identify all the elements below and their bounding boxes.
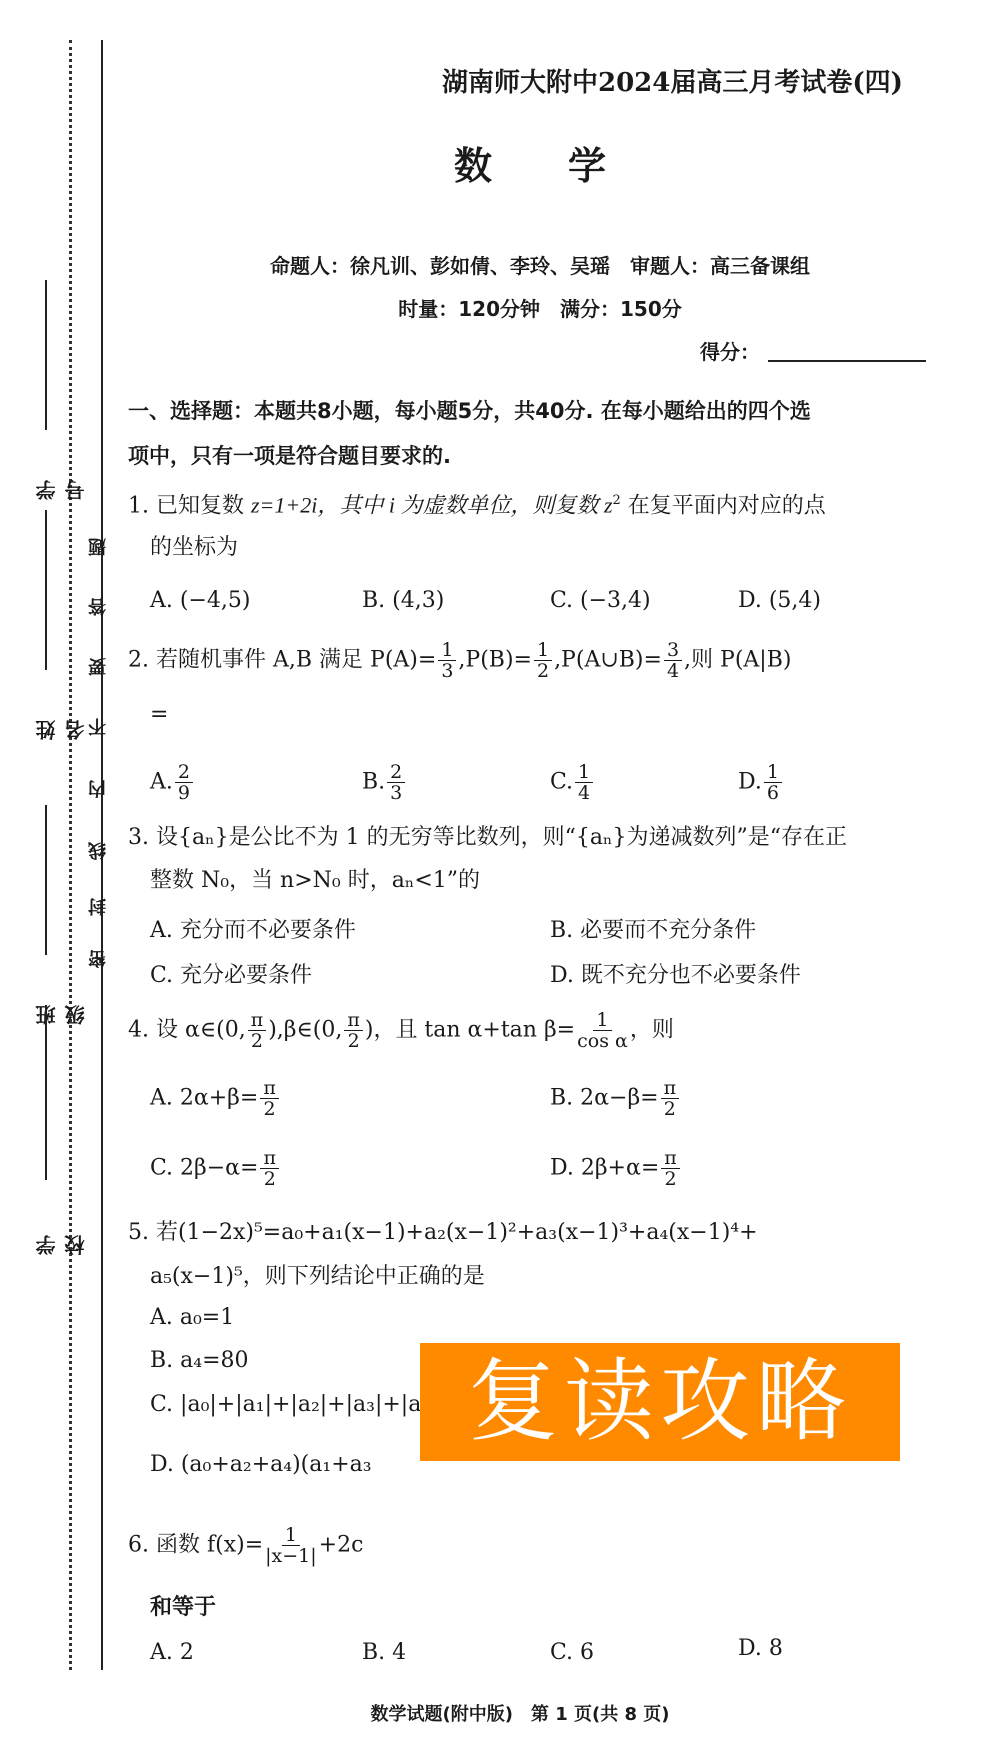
- section-instruction: 一、选择题：本题共8小题，每小题5分，共40分. 在每小题给出的四个选: [128, 395, 811, 425]
- option-d[interactable]: D. (a₀+a₂+a₄)(a₁+a₃: [150, 1452, 372, 1477]
- option-c[interactable]: C. 充分必要条件: [150, 958, 312, 989]
- question-2-line2: =: [150, 700, 168, 730]
- question-1: 1. 已知复数 z=1+2i，其中 i 为虚数单位，则复数 z2 在复平面内对应…: [128, 486, 826, 521]
- page-footer: 数学试题(附中版) 第 1 页(共 8 页): [0, 1700, 1000, 1726]
- question-2: 2. 若随机事件 A,B 满足 P(A)=13,P(B)=12,P(A∪B)=3…: [128, 640, 791, 681]
- xuehao-label: 学号: [32, 440, 56, 500]
- question-3-line2: 整数 N₀，当 n>N₀ 时，aₙ<1”的: [150, 866, 480, 896]
- seal-char: 密: [86, 950, 112, 968]
- seal-char: 不: [86, 718, 112, 736]
- option-a[interactable]: A. 充分而不必要条件: [150, 913, 356, 944]
- xingming-blank-line: [45, 510, 47, 670]
- option-d[interactable]: D.16: [738, 762, 784, 803]
- option-b[interactable]: B. 4: [362, 1640, 406, 1665]
- option-a[interactable]: A. 2α+β=π2: [150, 1078, 281, 1119]
- xuexiao-label: 学校: [32, 1195, 56, 1255]
- question-1-line2: 的坐标为: [150, 533, 238, 563]
- xingming-label: 姓名: [32, 680, 56, 740]
- xuehao-blank-line: [45, 280, 47, 430]
- option-c[interactable]: C. 6: [550, 1640, 594, 1665]
- xuexiao-blank-line: [45, 1005, 47, 1180]
- page-title: 数 学: [0, 135, 1000, 190]
- exam-subtitle: 湖南师大附中2024届高三月考试卷(四): [442, 62, 903, 99]
- banji-label: 班级: [32, 965, 56, 1025]
- question-4: 4. 设 α∈(0,π2),β∈(0,π2)，且 tan α+tan β=1co…: [128, 1010, 674, 1051]
- option-c[interactable]: C. (−3,4): [550, 588, 651, 613]
- seal-char: 题: [86, 538, 112, 556]
- seal-char: 线: [86, 842, 112, 860]
- section-instruction: 项中，只有一项是符合题目要求的.: [128, 440, 451, 470]
- watermark-banner: 复读攻略: [420, 1343, 900, 1461]
- option-b[interactable]: B. 必要而不充分条件: [550, 913, 756, 944]
- seal-dotted-line: [69, 40, 72, 1670]
- time-score-line: 时量：120分钟 满分：150分: [180, 293, 900, 322]
- score-blank-line[interactable]: [768, 360, 926, 362]
- seal-char: 答: [86, 598, 112, 616]
- option-c[interactable]: C.14: [550, 762, 595, 803]
- question-5-line2: a₅(x−1)⁵，则下列结论中正确的是: [150, 1262, 485, 1292]
- score-label: 得分：: [700, 336, 760, 365]
- option-b[interactable]: B. a₄=80: [150, 1348, 249, 1373]
- option-d[interactable]: D. (5,4): [738, 588, 821, 613]
- option-b[interactable]: B. (4,3): [362, 588, 444, 613]
- option-d[interactable]: D. 8: [738, 1636, 783, 1661]
- question-6: 6. 函数 f(x)=1|x−1|+2c: [128, 1525, 363, 1566]
- seal-char: 内: [86, 780, 112, 798]
- seal-char: 封: [86, 898, 112, 916]
- option-a[interactable]: A. (−4,5): [150, 588, 250, 613]
- option-b[interactable]: B. 2α−β=π2: [550, 1078, 681, 1119]
- question-3: 3. 设{aₙ}是公比不为 1 的无穷等比数列，则“{aₙ}为递减数列”是“存在…: [128, 823, 847, 853]
- seal-char: 要: [86, 658, 112, 676]
- option-a[interactable]: A.29: [150, 762, 195, 803]
- option-d[interactable]: D. 既不充分也不必要条件: [550, 958, 801, 989]
- banji-blank-line: [45, 805, 47, 955]
- authors-line: 命题人：徐凡训、彭如倩、李玲、吴瑶 审题人：高三备课组: [180, 250, 900, 279]
- option-d[interactable]: D. 2β+α=π2: [550, 1148, 682, 1189]
- option-c[interactable]: C. 2β−α=π2: [150, 1148, 281, 1189]
- question-6-line2: 和等于: [150, 1593, 216, 1623]
- option-b[interactable]: B.23: [362, 762, 407, 803]
- option-a[interactable]: A. a₀=1: [150, 1305, 234, 1330]
- option-a[interactable]: A. 2: [150, 1640, 194, 1665]
- question-5: 5. 若(1−2x)⁵=a₀+a₁(x−1)+a₂(x−1)²+a₃(x−1)³…: [128, 1218, 758, 1248]
- watermark-text: 复读攻略: [468, 1357, 852, 1447]
